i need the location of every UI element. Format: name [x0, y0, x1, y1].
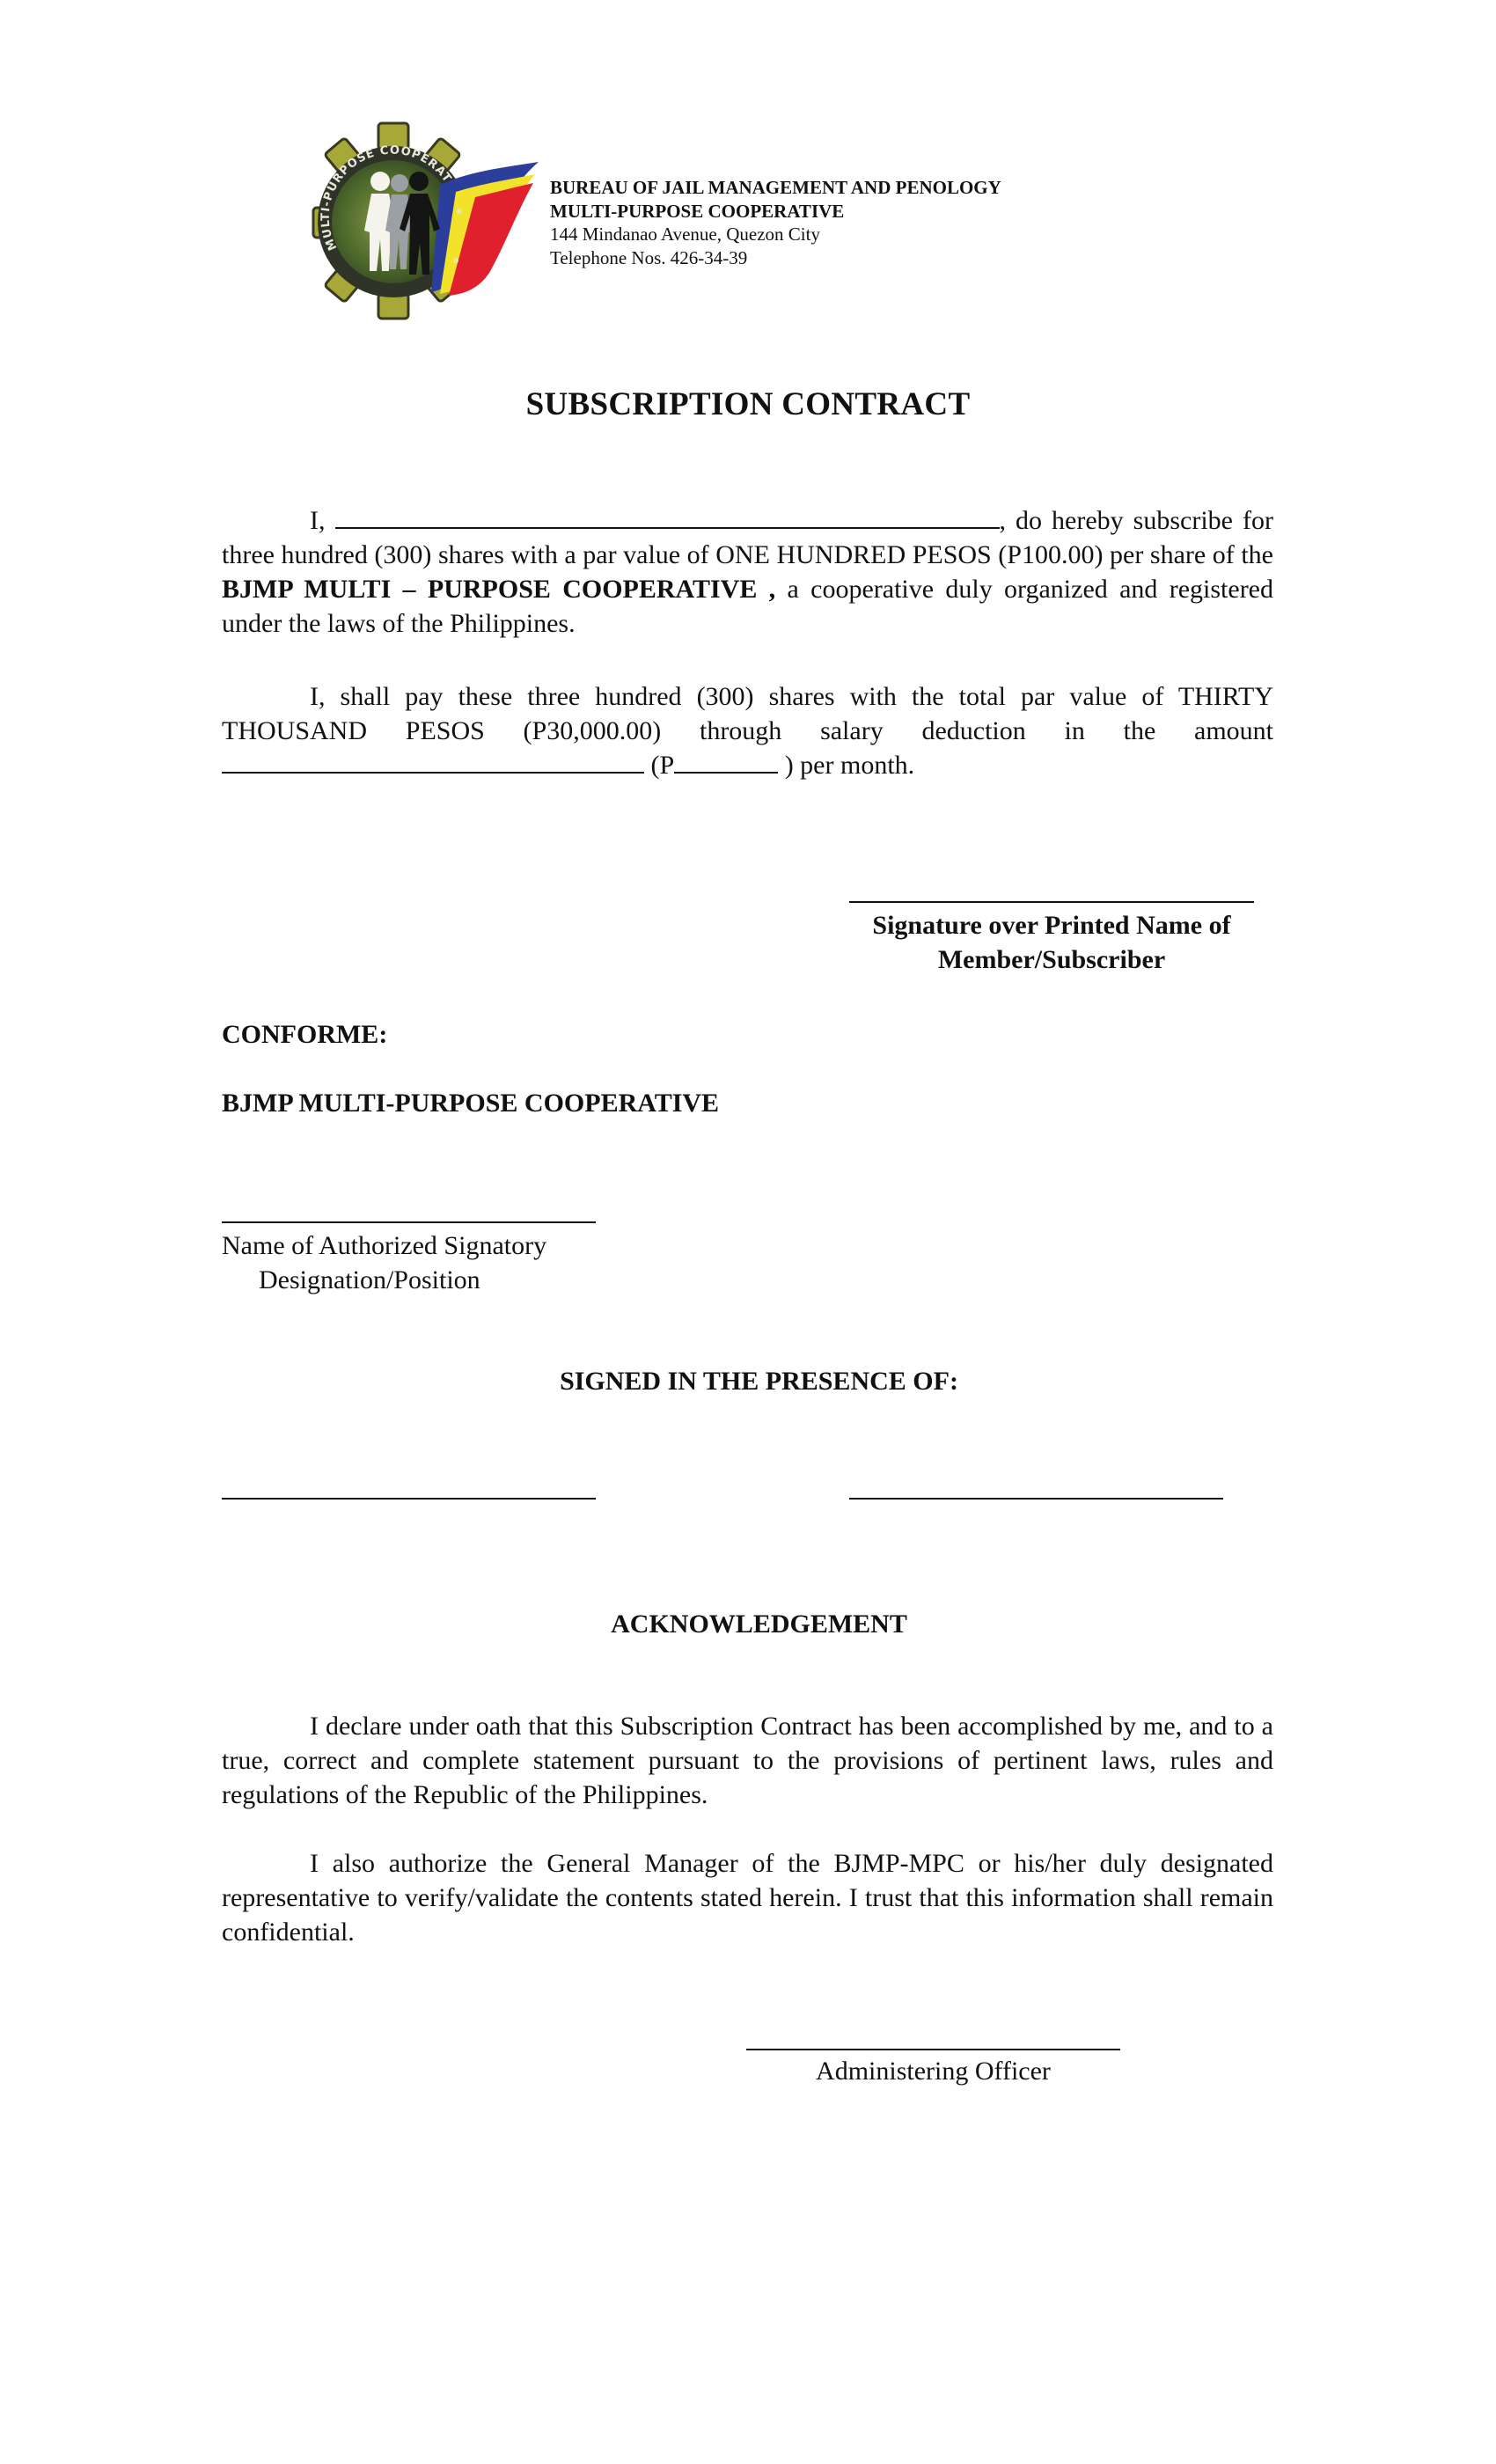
subscriber-name-field[interactable] — [335, 506, 1000, 529]
administering-officer-label: Administering Officer — [746, 2054, 1120, 2088]
designation-label: Designation/Position — [259, 1263, 480, 1297]
org-telephone: Telephone Nos. 426-34-39 — [550, 246, 1001, 270]
org-name-line2: MULTI-PURPOSE COOPERATIVE — [550, 200, 1001, 224]
letterhead: BUREAU OF JAIL MANAGEMENT AND PENOLOGY M… — [550, 176, 1001, 269]
p2-amount-prefix: (P — [651, 751, 675, 780]
witness-2-signature-line[interactable] — [849, 1498, 1223, 1500]
acknowledgement-paragraph-1: I declare under oath that this Subscript… — [222, 1709, 1273, 1812]
amount-figure-field[interactable] — [674, 751, 778, 774]
document-title: SUBSCRIPTION CONTRACT — [0, 385, 1496, 423]
conforme-heading: CONFORME: — [222, 1017, 387, 1052]
administering-officer-line[interactable] — [746, 2049, 1120, 2050]
amount-in-words-field[interactable] — [222, 751, 644, 774]
org-name-line1: BUREAU OF JAIL MANAGEMENT AND PENOLOGY — [550, 176, 1001, 200]
authorized-signatory-label: Name of Authorized Signatory — [222, 1228, 546, 1263]
member-signature-label-1: Signature over Printed Name of — [832, 908, 1272, 942]
bjmp-mpc-logo-icon: MULTI-PURPOSE COOPERATIVE — [308, 116, 539, 326]
acknowledgement-heading: ACKNOWLEDGEMENT — [0, 1607, 1496, 1641]
p2-amount-suffix: ) per month. — [785, 751, 914, 780]
acknowledgement-paragraph-2: I also authorize the General Manager of … — [222, 1846, 1273, 1949]
subscription-paragraph-1: I, , do hereby subscribe for three hundr… — [222, 503, 1273, 641]
conforme-org: BJMP MULTI-PURPOSE COOPERATIVE — [222, 1086, 719, 1120]
ack-p2-text: I also authorize the General Manager of … — [222, 1849, 1273, 1947]
member-signature-line[interactable] — [849, 901, 1254, 903]
witness-heading: SIGNED IN THE PRESENCE OF: — [0, 1364, 1496, 1398]
document-page: MULTI-PURPOSE COOPERATIVE BUREAU — [0, 0, 1496, 2464]
member-signature-label-2: Member/Subscriber — [832, 942, 1272, 977]
subscription-paragraph-2: I, shall pay these three hundred (300) s… — [222, 679, 1273, 782]
org-address: 144 Mindanao Avenue, Quezon City — [550, 223, 1001, 246]
ack-p1-text: I declare under oath that this Subscript… — [222, 1712, 1273, 1809]
p1-cooperative-name: BJMP MULTI – PURPOSE COOPERATIVE , — [222, 575, 775, 604]
witness-1-signature-line[interactable] — [222, 1498, 596, 1500]
p1-lead: I, — [310, 506, 326, 535]
p2-text: I, shall pay these three hundred (300) s… — [222, 682, 1273, 745]
authorized-signatory-line[interactable] — [222, 1221, 596, 1223]
